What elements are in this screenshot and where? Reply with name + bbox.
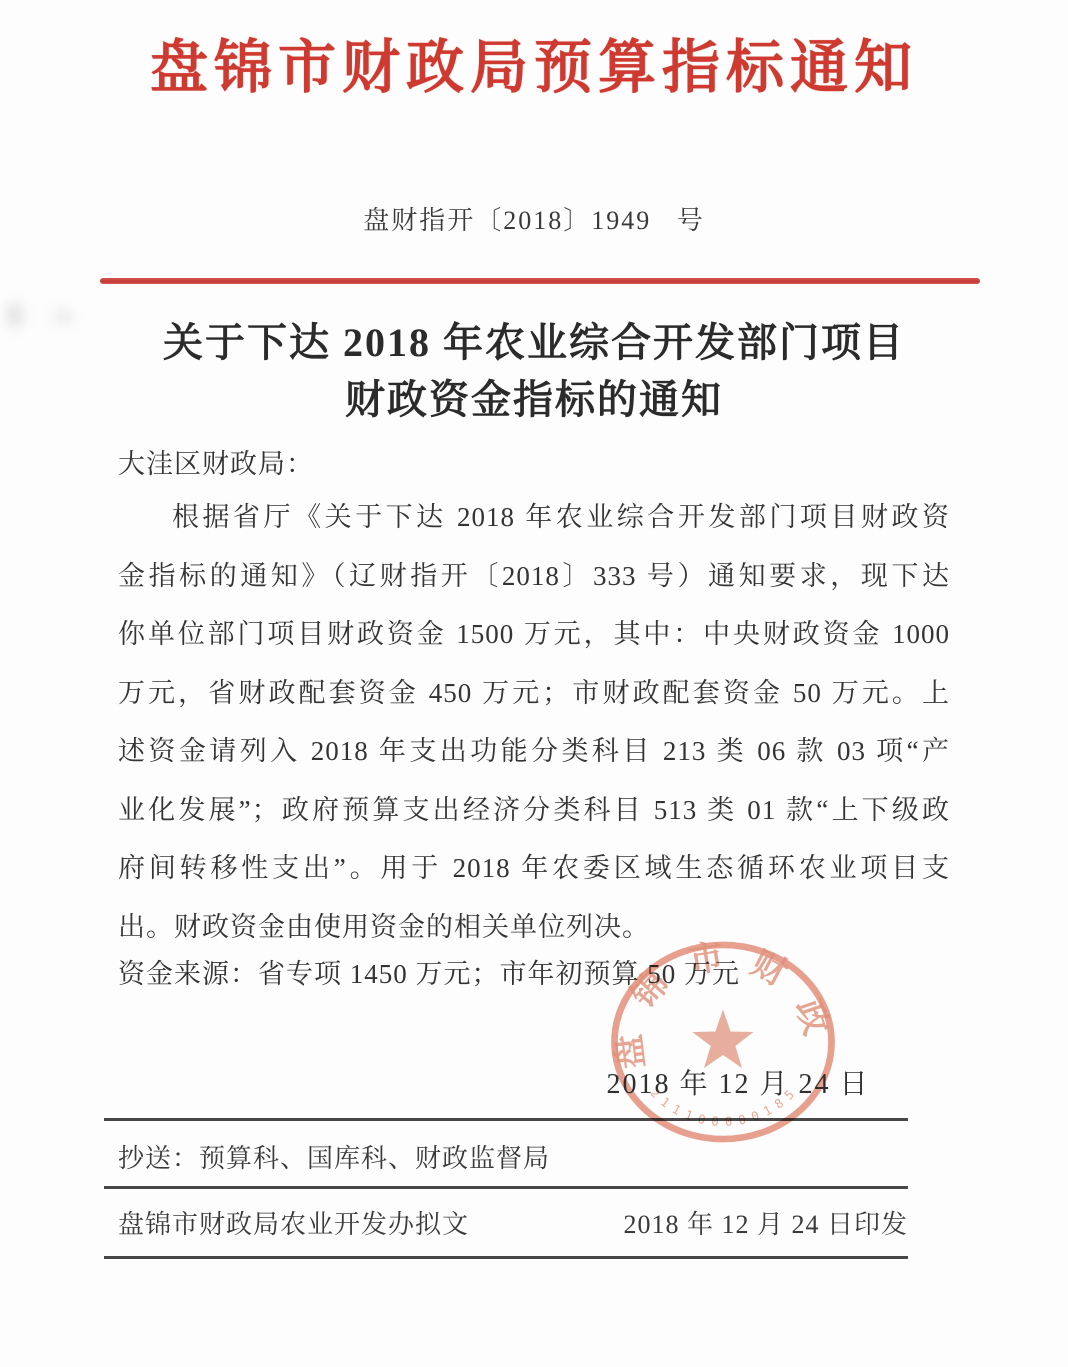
official-seal: 盘锦市财政局 2111000001858 [604,934,842,1150]
body-line: 万元，省财政配套资金 450 万元；市财政配套资金 50 万元。上 [118,668,950,727]
scanned-official-document: 盘锦市财政局预算指标通知 盘财指开〔2018〕1949 号 关于下达 2018 … [0,0,1068,1367]
body-line: 根据省厅《关于下达 2018 年农业综合开发部门项目财政资 [118,492,950,551]
document-number: 盘财指开〔2018〕1949 号 [0,200,1068,237]
print-date: 2018 年 12 月 24 日印发 [623,1204,908,1241]
document-title-line1: 关于下达 2018 年农业综合开发部门项目 [0,314,1068,371]
body-line: 府间转移性支出”。用于 2018 年农委区域生态循环农业项目支 [118,843,950,902]
red-separator-rule [100,278,980,284]
body-line: 业化发展”；政府预算支出经济分类科目 513 类 01 款“上下级政 [118,785,950,844]
document-title-line2: 财政资金指标的通知 [0,371,1068,428]
body-line: 述资金请列入 2018 年支出功能分类科目 213 类 06 款 03 项“产 [118,726,950,785]
body-paragraph: 根据省厅《关于下达 2018 年农业综合开发部门项目财政资 金指标的通知》（辽财… [118,492,950,960]
issue-date: 2018 年 12 月 24 日 [598,1062,878,1102]
addressee: 大洼区财政局： [118,442,314,481]
seal-star-icon [692,1010,753,1069]
issuance-row: 盘锦市财政局农业开发办拟文 2018 年 12 月 24 日印发 [118,1204,908,1241]
cc-line: 抄送：预算科、国库科、财政监督局 [118,1138,550,1175]
body-line: 金指标的通知》（辽财指开〔2018〕333 号）通知要求，现下达 [118,551,950,610]
footer-rule-bottom [104,1256,908,1259]
body-line: 你单位部门项目财政资金 1500 万元，其中：中央财政资金 1000 [118,609,950,668]
letterhead-title: 盘锦市财政局预算指标通知 [0,20,1068,104]
footer-rule-middle [104,1186,908,1189]
drafting-unit: 盘锦市财政局农业开发办拟文 [118,1204,469,1241]
document-title: 关于下达 2018 年农业综合开发部门项目 财政资金指标的通知 [0,314,1068,428]
